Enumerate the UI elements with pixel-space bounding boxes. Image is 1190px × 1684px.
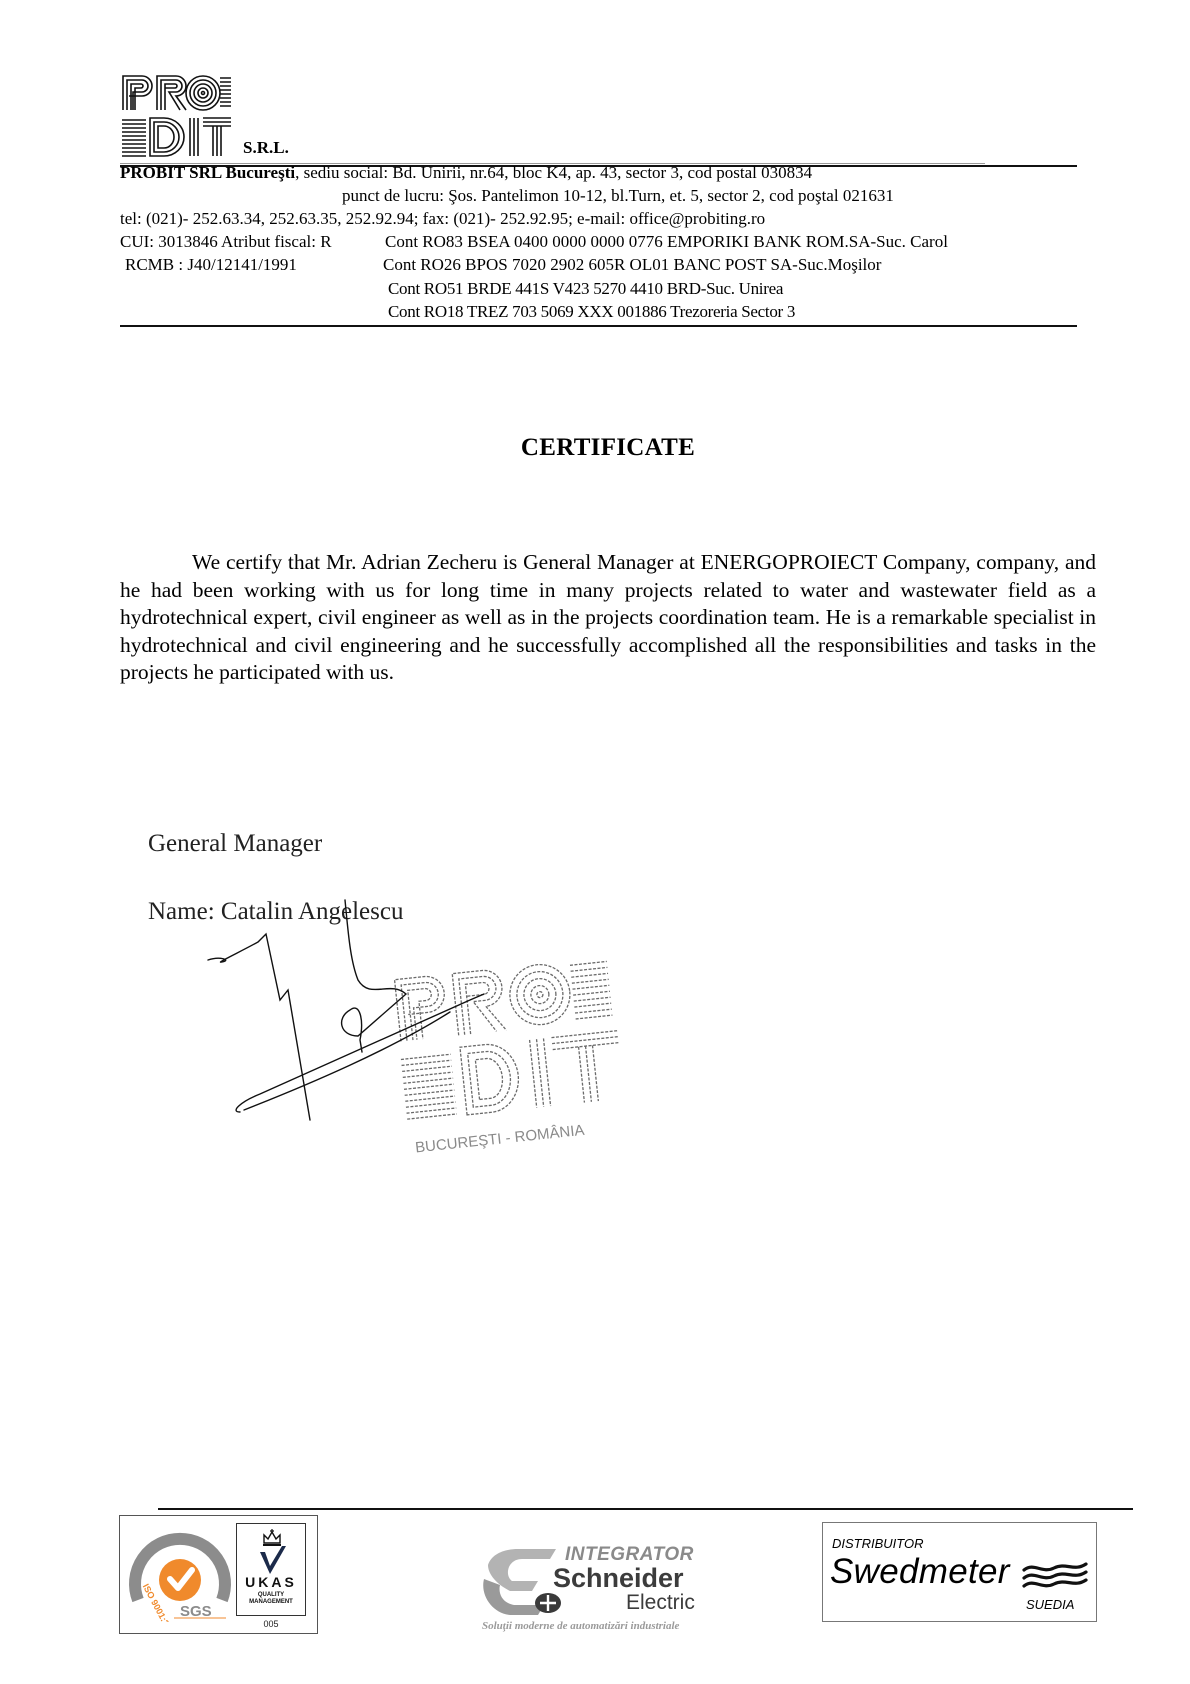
crown-check-icon	[255, 1528, 289, 1578]
contact-line: tel: (021)- 252.63.34, 252.63.35, 252.92…	[120, 209, 765, 229]
ukas-line2: MANAGEMENT	[237, 1599, 305, 1605]
ukas-logo: UKAS QUALITY MANAGEMENT	[236, 1523, 306, 1616]
bank-account-2: Cont RO26 BPOS 7020 2902 605R OL01 BANC …	[383, 255, 881, 275]
ukas-number: 005	[236, 1619, 306, 1629]
handwritten-signature	[200, 890, 620, 1140]
schneider-tagline: Soluţii moderne de automatizări industri…	[482, 1620, 679, 1632]
swedmeter-distributor-label: DISTRIBUITOR	[832, 1536, 924, 1551]
document-title: CERTIFICATE	[0, 434, 1190, 462]
certificate-body: We certify that Mr. Adrian Zecheru is Ge…	[120, 549, 1096, 687]
ukas-name: UKAS	[237, 1574, 305, 1590]
bank-account-1: Cont RO83 BSEA 0400 0000 0000 0776 EMPOR…	[385, 232, 948, 252]
schneider-electric-label: Electric	[626, 1591, 695, 1615]
schneider-name: Schneider	[553, 1563, 684, 1594]
probit-logo	[120, 72, 232, 158]
work-point-address: punct de lucru: Şos. Pantelimon 10-12, b…	[342, 186, 894, 206]
company-name: PROBIT SRL Bucureşti	[120, 163, 295, 182]
header-bottom-rule	[120, 325, 1077, 327]
signatory-role: General Manager	[148, 830, 322, 858]
swedmeter-name: Swedmeter	[830, 1552, 1010, 1592]
company-suffix: S.R.L.	[243, 138, 289, 158]
rcmb-line: RCMB : J40/12141/1991	[125, 255, 297, 275]
company-address-line: PROBIT SRL Bucureşti, sediu social: Bd. …	[120, 163, 812, 183]
footer-rule	[158, 1508, 1133, 1510]
sgs-iso-certification-logo: SYSTEM CERTIFICATION ISO 9001:2000 SGS	[126, 1522, 234, 1622]
bank-account-3: Cont RO51 BRDE 441S V423 5270 4410 BRD-S…	[388, 279, 783, 299]
swedmeter-country: SUEDIA	[1026, 1597, 1074, 1612]
bank-account-4: Cont RO18 TREZ 703 5069 XXX 001886 Trezo…	[388, 302, 795, 322]
sgs-brand: SGS	[180, 1603, 212, 1620]
cui-line: CUI: 3013846 Atribut fiscal: R	[120, 232, 332, 252]
registered-office: , sediu social: Bd. Unirii, nr.64, bloc …	[295, 163, 812, 182]
ukas-line1: QUALITY	[237, 1592, 305, 1598]
waves-icon	[1020, 1560, 1090, 1590]
